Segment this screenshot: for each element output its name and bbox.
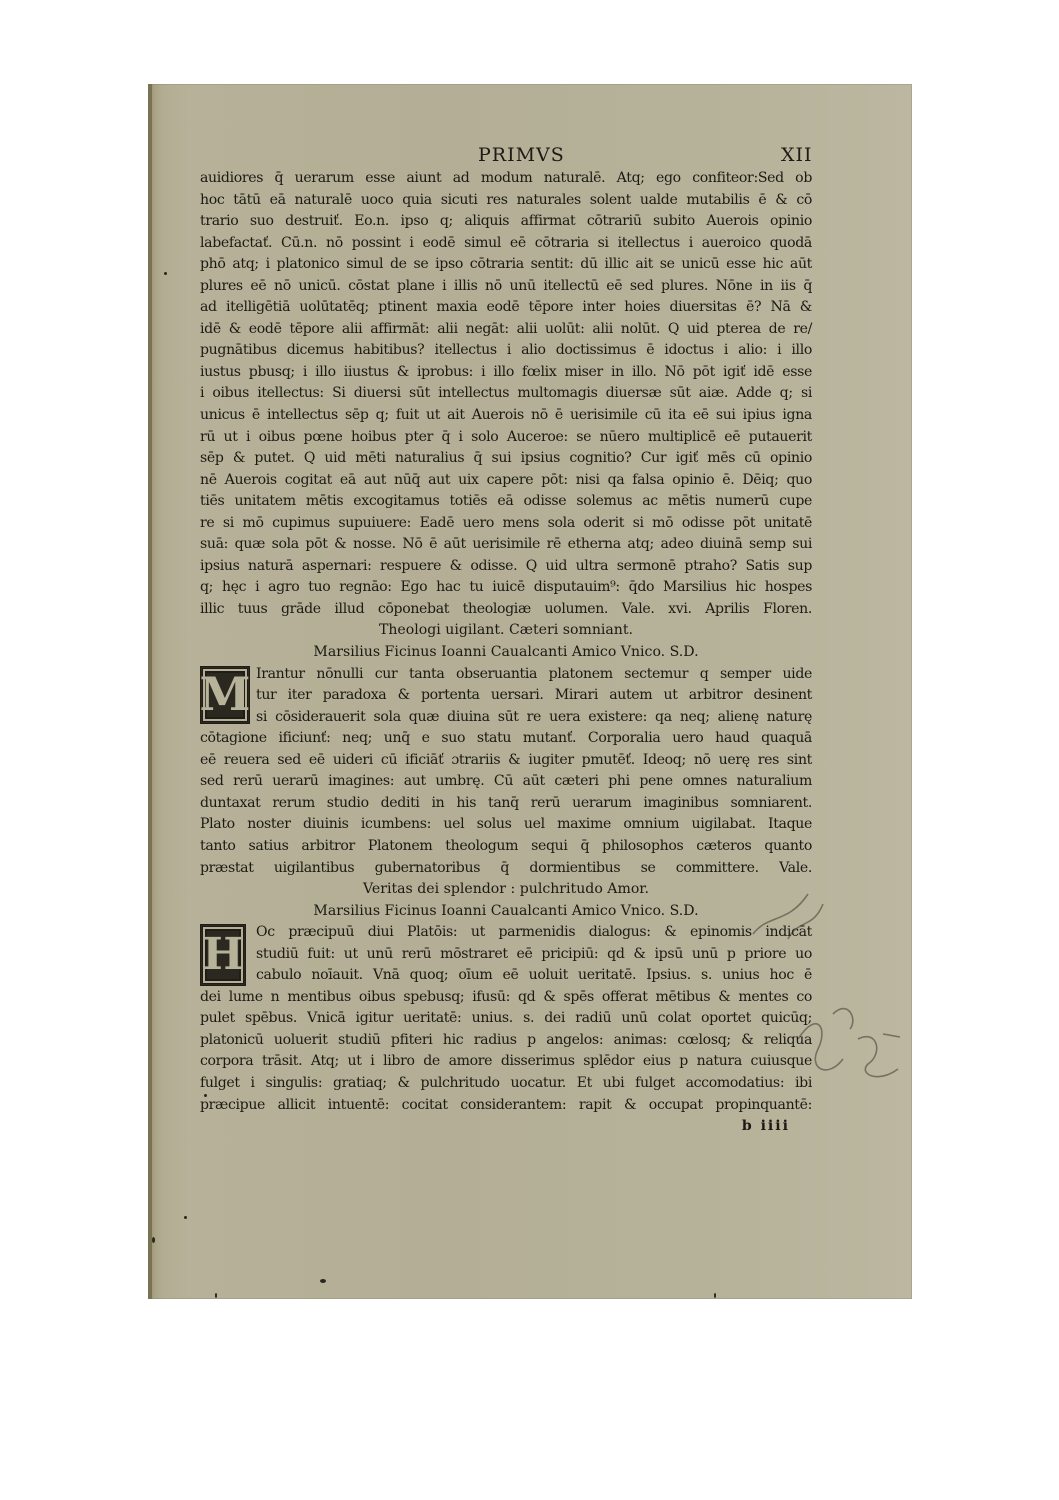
text-block: auidiores q̄ uerarum esse aiunt ad modum… [200, 168, 812, 1138]
text-line: phō atq; i platonico simul de se ipso cō… [200, 254, 812, 276]
ink-speck [152, 1237, 155, 1243]
text-line: auidiores q̄ uerarum esse aiunt ad modum… [200, 168, 812, 190]
folio-number: XII [781, 144, 813, 166]
text-line: hoc tātū eā naturalē uoco quia sicuti re… [200, 190, 812, 212]
text-line: tanto satius arbitror Platonem theologum… [200, 836, 812, 858]
letter-2: H Oc præcipuū diui Platōis: ut parmenidi… [200, 922, 812, 1116]
letter-1: M Irantur nōnulli cur tanta obseruantia … [200, 664, 812, 879]
book-page-scan: PRIMVS XII auidiores q̄ uerarum esse aiu… [148, 84, 912, 1299]
ink-speck [164, 272, 167, 275]
text-line: suā: quæ sola pōt & nosse. Nō ē aūt ueri… [200, 534, 812, 556]
text-line: studiū fuit: ut unū rerū mōstraret eē pr… [200, 944, 812, 966]
marginal-pencil-doodle [788, 999, 908, 1089]
text-line: trario suo destruiť. Eo.n. ipso q; aliqu… [200, 211, 812, 233]
text-line: sed rerū uerarū imagines: aut umbrę. Cū … [200, 771, 812, 793]
text-line: re si mō cupimus supuiuere: Eadē uero me… [200, 513, 812, 535]
text-line: Irantur nōnulli cur tanta obseruantia pl… [200, 664, 812, 686]
text-line: nē Auerois cogitat eā aut nūq̄ aut uix c… [200, 470, 812, 492]
text-line: cabulo noīauit. Vnā quoq; oīum eē uoluit… [200, 965, 812, 987]
text-line: si cōsiderauerit sola quæ diuina sūt re … [200, 707, 812, 729]
running-head: PRIMVS [478, 144, 565, 166]
text-line: i oibus itellectus: Si diuersi sūt intel… [200, 383, 812, 405]
text-line: platonicū uoluerit studiū pfiteri hic ra… [200, 1030, 812, 1052]
text-line: præcipue allicit intuentē: cocitat consi… [200, 1095, 812, 1117]
text-line: idē & eodē tēpore alii affirmāt: alii ne… [200, 319, 812, 341]
text-line: Oc præcipuū diui Platōis: ut parmenidis … [200, 922, 812, 944]
ink-speck [320, 1279, 326, 1283]
ink-speck [204, 1094, 207, 1097]
text-line: iustus pbusq; i illo iiustus & iprobus: … [200, 362, 812, 384]
page-header: PRIMVS XII [148, 144, 912, 168]
marginal-pencil-mark [748, 884, 828, 944]
text-line: eē reuera sed eē uideri cū ificiāť ɔtrar… [200, 750, 812, 772]
text-line: rū ut i oibus pœne hoibus pter q̄ i solo… [200, 427, 812, 449]
text-line: pugnātibus dicemus habitibus? itellectus… [200, 340, 812, 362]
salutation-heading: Marsilius Ficinus Ioanni Caualcanti Amic… [200, 901, 812, 923]
text-line: tur iter paradoxa & portenta uersari. Mi… [200, 685, 812, 707]
text-line: præstat uigilantibus gubernatoribus q̄ d… [200, 858, 812, 880]
text-line: corpora trāsit. Atq; ut i libro de amore… [200, 1051, 812, 1073]
text-line: Plato noster diuinis icumbens: uel solus… [200, 814, 812, 836]
text-line: dei lume n mentibus oibus spebusq; ifusū… [200, 987, 812, 1009]
text-line: plures eē nō unicū. cōstat plane i illis… [200, 276, 812, 298]
text-line: ad itelligētiā uolūtatēq; ptinent maxia … [200, 297, 812, 319]
text-line: unicus ē intellectus sēp q; fuit ut ait … [200, 405, 812, 427]
text-line: duntaxat rerum studio dediti in his tanq… [200, 793, 812, 815]
text-line: ipsius naturā aspernari: respuere & odis… [200, 556, 812, 578]
text-line: fulget i singulis: gratiaq; & pulchritud… [200, 1073, 812, 1095]
salutation-heading: Marsilius Ficinus Ioanni Caualcanti Amic… [200, 642, 812, 664]
ink-speck [714, 1293, 716, 1298]
text-line: labefactať. Cū.n. nō possint i eodē simu… [200, 233, 812, 255]
text-line: illic tuus grāde illud cōponebat theolog… [200, 599, 812, 621]
motto-heading: Theologi uigilant. Cæteri somniant. [200, 620, 812, 642]
motto-heading: Veritas dei splendor : pulchritudo Amor. [200, 879, 812, 901]
signature-mark: b iiii [200, 1116, 812, 1138]
text-line: sēp & putet. Q uid mēti naturalius q̄ su… [200, 448, 812, 470]
decorated-initial-h: H [200, 924, 246, 986]
decorated-initial-m: M [200, 666, 250, 724]
text-line: tiēs unitatem mētis excogitamus totiēs e… [200, 491, 812, 513]
ink-speck [215, 1293, 217, 1298]
text-line: q; hęc i agro tuo regnāo: Ego hac tu iui… [200, 577, 812, 599]
ink-speck [184, 1216, 187, 1219]
text-line: cōtagione ificiunť: neq; unq̄ e suo stat… [200, 728, 812, 750]
text-line: pulet spēbus. Vnicā igitur ueritatē: uni… [200, 1008, 812, 1030]
